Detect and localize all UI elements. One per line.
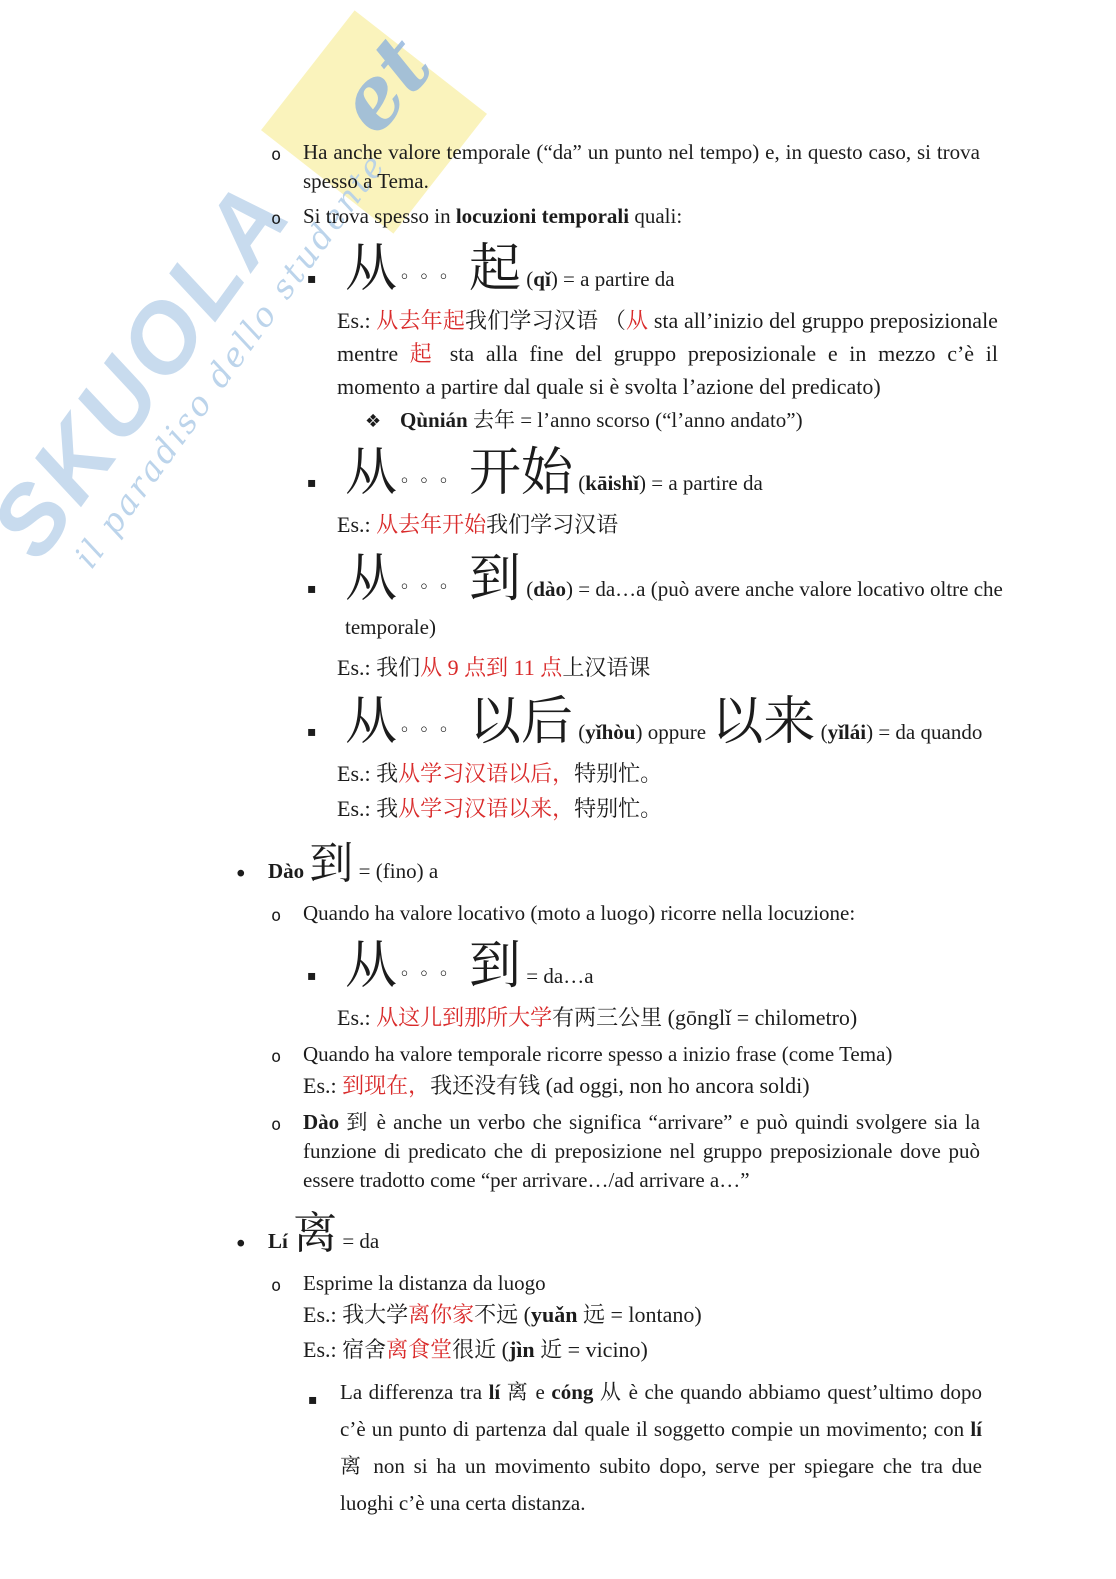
header-cong-kaishi: ▪ 从。。。开始 (kāishǐ) = a partire da: [345, 445, 1038, 502]
header-cong-yihou-yilai: ▪ 从。。。以后 (yǐhòu) oppure 以来 (yǐlái) = da …: [345, 694, 1038, 751]
text-run: 。。。: [401, 958, 469, 979]
text-run: Es.: 宿舍: [303, 1337, 386, 1362]
text-run: 离食堂: [386, 1337, 452, 1362]
text-run: 开始: [469, 445, 573, 502]
text-run: 以后: [469, 694, 573, 751]
text-run: (: [521, 577, 533, 601]
text-run: 从: [626, 308, 648, 333]
text-run: yǐlái: [828, 720, 867, 744]
text-run: 从: [345, 241, 397, 298]
text-run: lí: [970, 1417, 982, 1441]
text-run: 从学习汉语以后，: [398, 761, 574, 786]
header-cong-dao-locuzione: ▪ 从。。。到 = da…a: [345, 938, 1038, 995]
header-text: 从。。。到 (dào) = da…a (può avere anche valo…: [345, 577, 1008, 638]
text-run: 到: [469, 551, 521, 608]
text-run: 。。。: [401, 571, 469, 592]
text-run: Lí: [268, 1229, 293, 1253]
text-run: 从: [345, 551, 397, 608]
text-run: Es.:: [337, 308, 376, 333]
text-run: = da: [337, 1229, 379, 1253]
example-li-jin: Es.: 宿舍离食堂很近 (jìn 近 = vicino): [303, 1333, 980, 1366]
text-run: Es.:: [337, 512, 376, 537]
term-dao: • Dào 到 = (fino) a: [268, 841, 998, 891]
header-text: 从。。。以后 (yǐhòu) oppure 以来 (yǐlái) = da qu…: [345, 720, 982, 744]
text-run: 从去年起: [376, 308, 465, 333]
example-cong-dao-time: Es.: 我们从 9 点到 11 点上汉语课: [337, 651, 998, 684]
text-run: 从 9 点到 11 点: [420, 655, 562, 680]
circle-bullet: o: [271, 1043, 281, 1072]
example-cong-qi: Es.: 从去年起我们学习汉语 （从 sta all’inizio del gr…: [337, 304, 998, 403]
square-bullet: ▪: [308, 1382, 318, 1419]
text-run: Es.:: [303, 1073, 342, 1098]
text-run: 远 = lontano): [577, 1302, 701, 1327]
text-run: locuzioni temporali: [456, 204, 629, 228]
text-run: 。。。: [401, 261, 469, 282]
paragraph-text: Ha anche valore temporale (“da” un punto…: [303, 140, 985, 193]
text-run: 我们学习汉语: [486, 512, 618, 537]
notes-content: o Ha anche valore temporale (“da” un pun…: [0, 0, 1116, 1522]
text-run: 从: [345, 445, 397, 502]
paragraph-text: Esprime la distanza da luogo: [303, 1271, 546, 1295]
text-run: Quando ha valore temporale ricorre spess…: [303, 1042, 892, 1066]
text-run: qǐ: [533, 267, 551, 291]
text-run: Quando ha valore locativo (moto a luogo)…: [303, 901, 855, 925]
square-bullet: ▪: [307, 714, 317, 750]
text-run: yǐhòu: [585, 720, 635, 744]
text-run: Qùnián: [400, 408, 468, 432]
text-run: Dào: [303, 1110, 339, 1134]
text-run: 很近 (: [452, 1337, 509, 1362]
header-cong-dao: ▪ 从。。。到 (dào) = da…a (può avere anche va…: [345, 551, 1038, 644]
example-text: Es.: 我从学习汉语以来，特别忙。: [337, 796, 662, 821]
text-run: 。。。: [401, 714, 469, 735]
square-bullet: ▪: [307, 261, 317, 297]
circle-bullet: o: [271, 902, 281, 931]
term-text: Lí 离 = da: [268, 1229, 379, 1253]
square-bullet: ▪: [307, 958, 317, 994]
text-run: ) = a partire da: [551, 267, 675, 291]
text-run: cóng: [551, 1380, 593, 1404]
text-run: Es.: 我: [337, 761, 398, 786]
text-run: dào: [533, 577, 566, 601]
paragraph-text: La differenza tra lí 离 e cóng 从 è che qu…: [340, 1380, 987, 1515]
circle-bullet: o: [271, 1111, 281, 1140]
term-li: • Lí 离 = da: [268, 1211, 998, 1261]
document-page: SKUOLA et il paradiso dello studente o H…: [0, 0, 1116, 1579]
text-run: lí: [489, 1380, 501, 1404]
text-run: (: [573, 720, 585, 744]
circle-bullet: o: [271, 141, 281, 170]
header-cong-qi: ▪ 从。。。起 (qǐ) = a partire da: [345, 241, 1038, 298]
text-run: 不远 (: [474, 1302, 531, 1327]
paragraph-text: Dào 到 è anche un verbo che significa “ar…: [303, 1110, 985, 1192]
text-run: La differenza tra: [340, 1380, 489, 1404]
text-run: 以来: [711, 694, 815, 751]
square-bullet: ▪: [307, 465, 317, 501]
circle-bullet: o: [271, 1272, 281, 1301]
text-run: Es.: 我们: [337, 655, 420, 680]
text-run: Es.: 我: [337, 796, 398, 821]
text-run: 从: [345, 694, 397, 751]
text-run: Es.:: [337, 1005, 376, 1030]
header-text: 从。。。起 (qǐ) = a partire da: [345, 267, 675, 291]
text-run: 。。。: [401, 465, 469, 486]
example-text: Es.: 我们从 9 点到 11 点上汉语课: [337, 655, 650, 680]
text-run: 离 e: [500, 1380, 551, 1404]
text-run: (: [573, 471, 585, 495]
square-bullet: ▪: [307, 571, 317, 607]
note-temporal-value: o Ha anche valore temporale (“da” un pun…: [303, 138, 980, 196]
diamond-bullet: ❖: [365, 407, 381, 437]
text-run: ) = a partire da: [639, 471, 763, 495]
example-text: Es.: 宿舍离食堂很近 (jìn 近 = vicino): [303, 1337, 648, 1362]
paragraph-text: Si trova spesso in locuzioni temporali q…: [303, 204, 682, 228]
example-yilai: Es.: 我从学习汉语以来，特别忙。: [337, 792, 998, 825]
note-li-vs-cong: ▪ La differenza tra lí 离 e cóng 从 è che …: [340, 1374, 982, 1522]
disc-bullet: •: [234, 855, 248, 895]
example-text: Es.: 到现在，我还没有钱 (ad oggi, non ho ancora s…: [303, 1073, 810, 1098]
header-text: 从。。。到 = da…a: [345, 964, 594, 988]
paragraph-text: Quando ha valore temporale ricorre spess…: [303, 1042, 892, 1066]
text-run: 离: [293, 1209, 337, 1258]
example-text: Es.: 我从学习汉语以后，特别忙。: [337, 761, 662, 786]
text-run: 从: [345, 938, 397, 995]
text-run: 到 è anche un verbo che significa “arriva…: [303, 1110, 985, 1192]
text-run: (: [521, 267, 533, 291]
note-locuzioni-temporali: o Si trova spesso in locuzioni temporali…: [303, 202, 980, 231]
text-run: 到现在，: [342, 1073, 430, 1098]
text-run: = da…a: [521, 964, 594, 988]
text-run: (: [815, 720, 827, 744]
text-run: 去年 = l’anno scorso (“l’anno andato”): [468, 408, 803, 432]
note-dao-verbo: o Dào 到 è anche un verbo che significa “…: [303, 1108, 980, 1195]
text-run: quali:: [629, 204, 682, 228]
text-run: 特别忙。: [574, 796, 662, 821]
text-run: 从去年开始: [376, 512, 486, 537]
example-text: Es.: 我大学离你家不远 (yuǎn 远 = lontano): [303, 1302, 702, 1327]
text-run: 我们学习汉语 （: [465, 308, 626, 333]
note-dao-temporale: o Quando ha valore temporale ricorre spe…: [303, 1040, 980, 1069]
header-text: 从。。。开始 (kāishǐ) = a partire da: [345, 471, 763, 495]
text-run: 近 = vicino): [535, 1337, 648, 1362]
text-run: 特别忙。: [574, 761, 662, 786]
note-li-distanza: o Esprime la distanza da luogo: [303, 1269, 980, 1298]
note-dao-locativo: o Quando ha valore locativo (moto a luog…: [303, 899, 980, 928]
example-cong-zher: Es.: 从这儿到那所大学有两三公里 (gōnglǐ = chilometro): [337, 1001, 998, 1034]
text-run: Dào: [268, 859, 309, 883]
text-run: 起: [469, 241, 521, 298]
text-run: ) = da quando: [866, 720, 982, 744]
circle-bullet: o: [271, 205, 281, 234]
example-yihou: Es.: 我从学习汉语以后，特别忙。: [337, 757, 998, 790]
text-run: jìn: [509, 1337, 535, 1362]
example-text: Es.: 从去年起我们学习汉语 （从 sta all’inizio del gr…: [337, 308, 1004, 399]
text-run: Si trova spesso in: [303, 204, 456, 228]
disc-bullet: •: [234, 1225, 248, 1265]
text-run: 从学习汉语以来，: [398, 796, 574, 821]
text-run: 我还没有钱 (ad oggi, non ho ancora soldi): [430, 1073, 809, 1098]
term-text: Dào 到 = (fino) a: [268, 859, 438, 883]
example-li-yuan: Es.: 我大学离你家不远 (yuǎn 远 = lontano): [303, 1298, 980, 1331]
text-run: 起: [410, 341, 438, 366]
example-dao-xianzai: Es.: 到现在，我还没有钱 (ad oggi, non ho ancora s…: [303, 1069, 980, 1102]
text-run: 有两三公里 (gōnglǐ = chilometro): [552, 1005, 857, 1030]
text-run: 离你家: [408, 1302, 474, 1327]
text-run: 上汉语课: [562, 655, 650, 680]
text-run: Es.: 我大学: [303, 1302, 408, 1327]
text-run: ) oppure: [636, 720, 712, 744]
example-text: Es.: 从去年开始我们学习汉语: [337, 512, 618, 537]
note-qunian: ❖ Qùnián 去年 = l’anno scorso (“l’anno and…: [400, 405, 998, 435]
text-run: 到: [309, 839, 353, 888]
text-run: = (fino) a: [353, 859, 438, 883]
example-cong-kaishi: Es.: 从去年开始我们学习汉语: [337, 508, 998, 541]
text-run: Ha anche valore temporale (“da” un punto…: [303, 140, 985, 193]
paragraph-text: Quando ha valore locativo (moto a luogo)…: [303, 901, 855, 925]
text-run: kāishǐ: [585, 471, 639, 495]
text-run: 到: [469, 938, 521, 995]
text-run: yuǎn: [531, 1302, 577, 1327]
note-text: Qùnián 去年 = l’anno scorso (“l’anno andat…: [400, 408, 803, 432]
example-text: Es.: 从这儿到那所大学有两三公里 (gōnglǐ = chilometro): [337, 1005, 857, 1030]
text-run: 从这儿到那所大学: [376, 1005, 552, 1030]
text-run: Esprime la distanza da luogo: [303, 1271, 546, 1295]
